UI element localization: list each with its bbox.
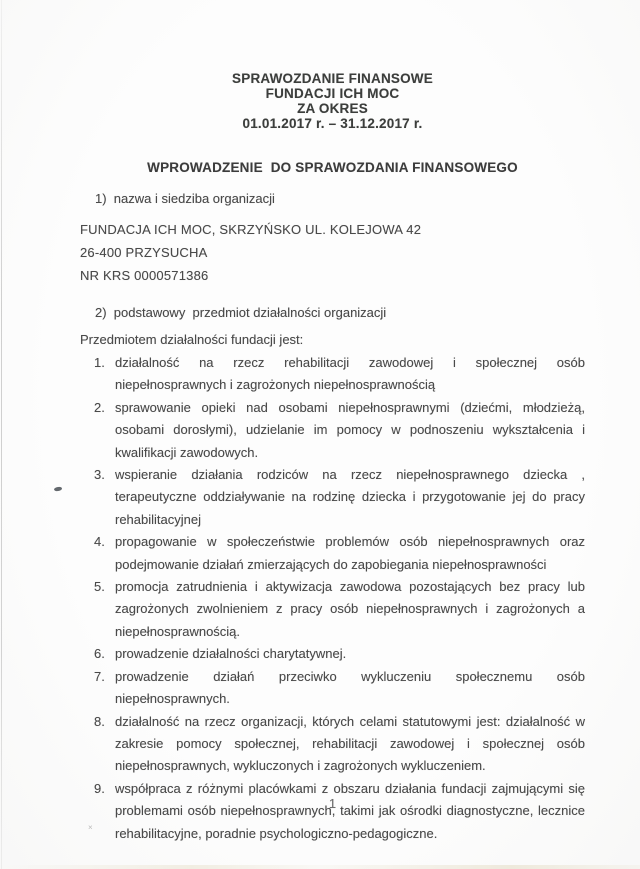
scan-bottom-edge-shadow — [0, 865, 640, 869]
activity-item-4: propagowanie w społeczeństwie problemów … — [115, 531, 585, 576]
activity-item-9: współpraca z różnymi placówkami z obszar… — [115, 778, 585, 845]
page-number: 1 — [80, 796, 585, 811]
document-title: SPRAWOZDANIE FINANSOWE FUNDACJI ICH MOC … — [80, 71, 585, 131]
activity-item-1: działalność na rzecz rehabilitacji zawod… — [115, 352, 585, 397]
title-line-1: SPRAWOZDANIE FINANSOWE — [80, 71, 585, 86]
point-2-label: 2) podstawowy przedmiot działalności org… — [95, 305, 386, 320]
scan-left-edge-line — [1, 0, 2, 869]
point-1-label: 1) nazwa i siedziba organizacji — [95, 191, 275, 206]
activities-intro: Przedmiotem działalności fundacji jest: — [80, 332, 303, 347]
activity-item-5: promocja zatrudnienia i aktywizacja zawo… — [115, 576, 585, 643]
section-heading: WPROWADZENIE DO SPRAWOZDANIA FINANSOWEGO — [80, 160, 585, 175]
scan-speck-artifact — [54, 486, 62, 491]
activity-item-8: działalność na rzecz organizacji, któryc… — [115, 711, 585, 778]
title-line-2: FUNDACJI ICH MOC — [80, 86, 585, 101]
address-line-krs: NR KRS 0000571386 — [80, 264, 421, 287]
address-line-city: 26-400 PRZYSUCHA — [80, 241, 421, 264]
activity-item-7: prowadzenie działań przeciwko wykluczeni… — [115, 666, 585, 711]
address-line-name: FUNDACJA ICH MOC, SKRZYŃSKO UL. KOLEJOWA… — [80, 218, 421, 241]
scan-dot-artifact: × — [88, 824, 94, 831]
activity-item-6: prowadzenie działalności charytatywnej. — [115, 643, 585, 665]
title-line-4: 01.01.2017 r. – 31.12.2017 r. — [80, 116, 585, 131]
title-line-3: ZA OKRES — [80, 101, 585, 116]
activities-list: działalność na rzecz rehabilitacji zawod… — [115, 352, 585, 845]
activity-item-2: sprawowanie opieki nad osobami niepełnos… — [115, 397, 585, 464]
activity-item-3: wspieranie działania rodziców na rzecz n… — [115, 464, 585, 531]
scanned-document-page: SPRAWOZDANIE FINANSOWE FUNDACJI ICH MOC … — [0, 0, 640, 869]
organization-address: FUNDACJA ICH MOC, SKRZYŃSKO UL. KOLEJOWA… — [80, 218, 421, 287]
